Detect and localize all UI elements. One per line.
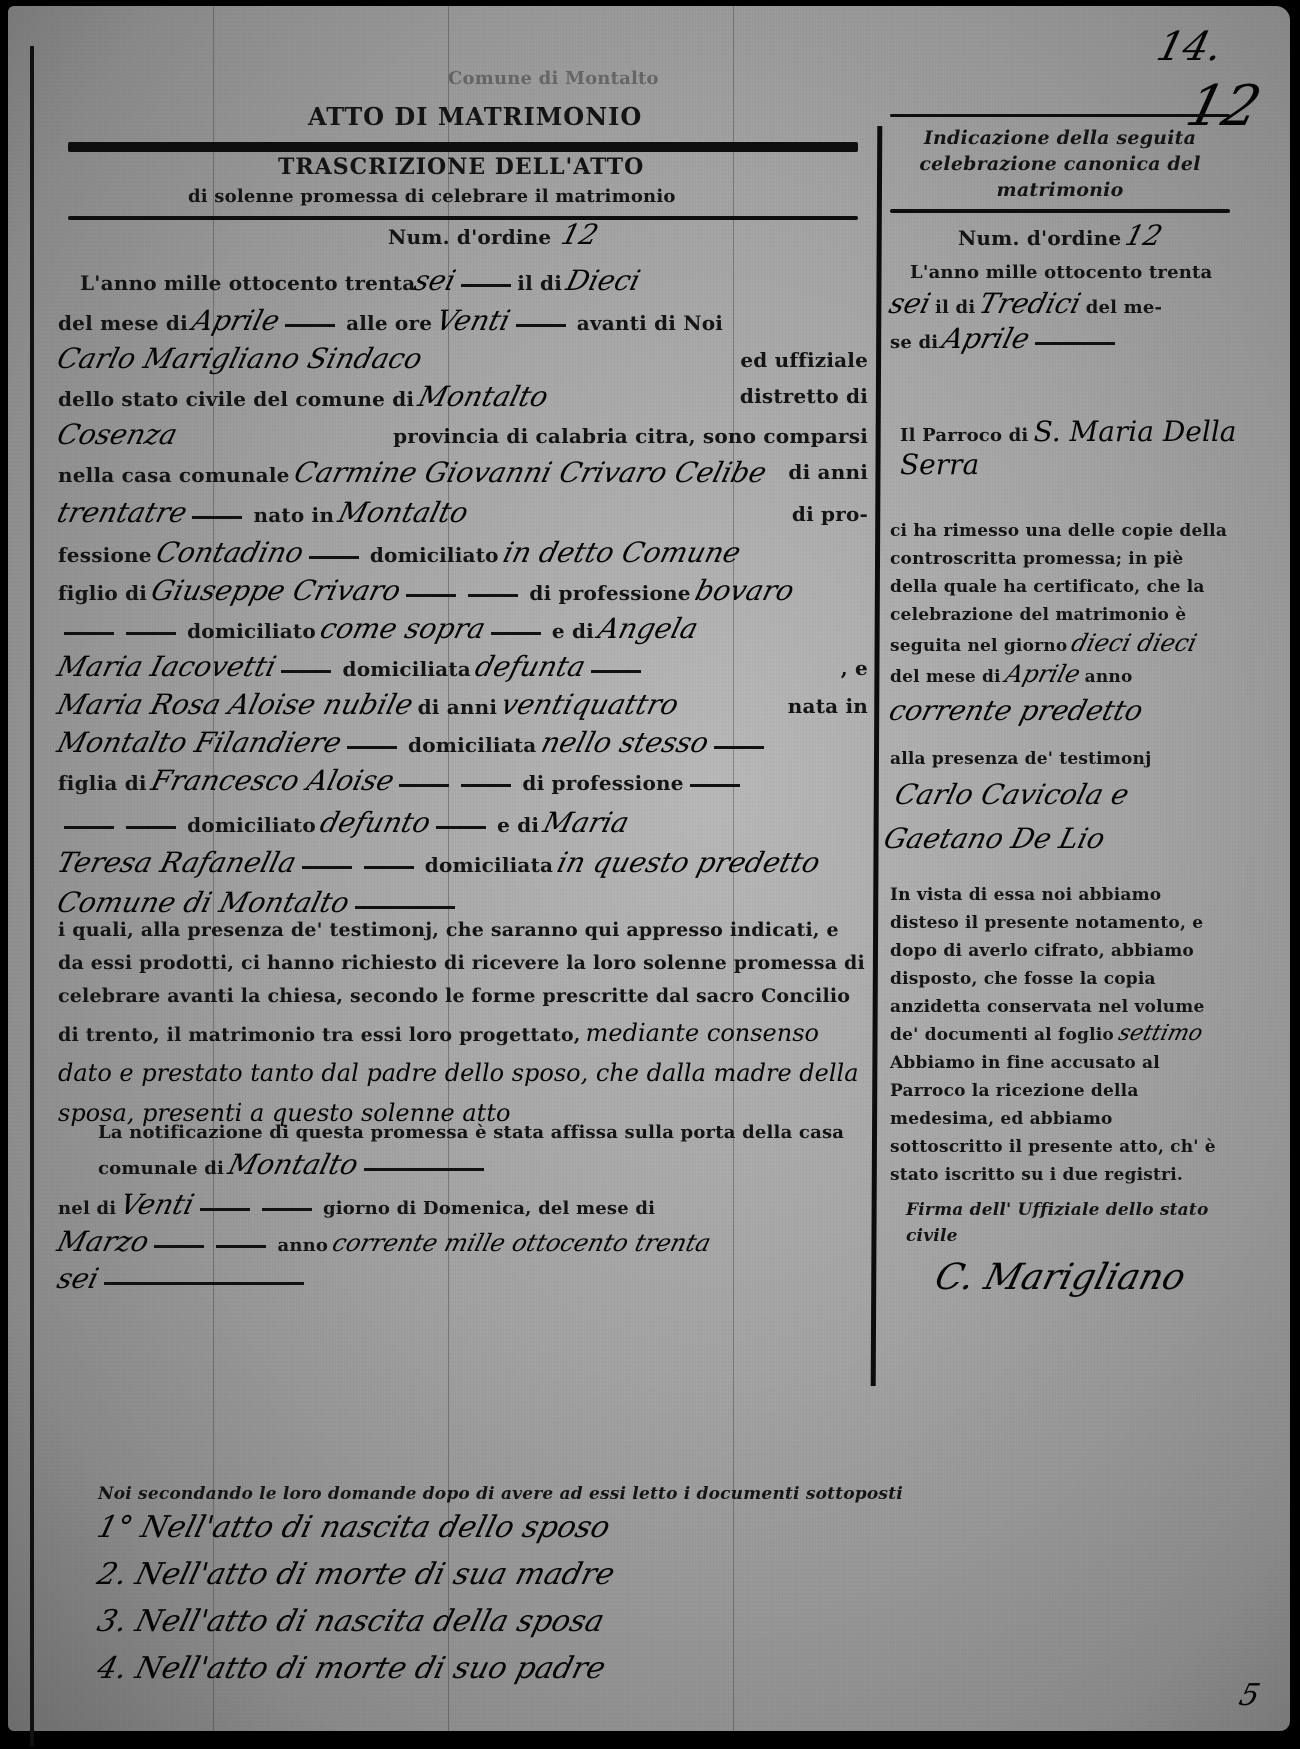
record-line: nella casa comunale Carmine Giovanni Cri… (58, 456, 868, 489)
left-margin-rule (30, 46, 34, 1746)
document-page: 14. 12 Comune di Montalto ATTO DI MATRIM… (8, 6, 1290, 1731)
witness-block: alla presenza de' testimonj Carlo Cavico… (890, 749, 1270, 861)
header-faded-line: Comune di Montalto (448, 68, 659, 89)
certification-text: ci ha rimesso una delle copie della cont… (890, 517, 1230, 727)
right-date-line: sei il di Tredici del me- (890, 287, 1270, 320)
list-item: 4. Nell'atto di morte di suo padre (94, 1651, 1153, 1686)
record-line: dello stato civile del comune di Montalt… (58, 380, 868, 413)
num-ordine-value: 12 (558, 218, 602, 251)
list-item: 2. Nell'atto di morte di sua madre (94, 1557, 1153, 1592)
documents-list: 1° Nell'atto di nascita dello sposo 2. N… (98, 1510, 1148, 1686)
right-num-ordine: Num. d'ordine 12 (890, 219, 1230, 252)
footer: Noi secondando le loro domande dopo di a… (98, 1484, 1148, 1686)
record-line: figlio di Giuseppe Crivaro di profession… (58, 574, 793, 607)
promise-paragraph: i quali, alla presenza de' testimonj, ch… (58, 914, 868, 1133)
record-line: fessione Contadino domiciliato in detto … (58, 536, 740, 569)
signature-block: Firma dell' Uffiziale dello stato civile… (890, 1197, 1226, 1298)
record-line: figlia di Francesco Aloise di profession… (58, 764, 746, 797)
record-line: Maria Rosa Aloise nubile di anni ventiqu… (58, 688, 868, 721)
parroco-line: Il Parroco di S. Maria Della Serra (890, 415, 1270, 481)
record-line: Maria Iacovetti domiciliata defunta , e (58, 650, 868, 683)
record-line: L'anno mille ottocento trentaseiil di Di… (80, 264, 640, 297)
right-column: Indicazione della seguita celebrazione c… (890, 114, 1270, 1298)
right-date-line: L'anno mille ottocento trenta (890, 262, 1270, 283)
document-title: ATTO DI MATRIMONIO (308, 102, 642, 131)
record-line: trentatre nato in Montalto di pro- (58, 496, 868, 529)
record-line: Montalto Filandiere domiciliata nello st… (58, 726, 770, 759)
footer-printed-line: Noi secondando le loro domande dopo di a… (98, 1484, 1148, 1504)
list-item: 1° Nell'atto di nascita dello sposo (94, 1510, 1153, 1545)
record-line: Carlo Marigliano Sindaco ed uffiziale (58, 342, 868, 375)
document-subtitle-2: di solenne promessa di celebrare il matr… (188, 186, 676, 207)
title-strike-rule (68, 142, 858, 152)
right-column-title: Indicazione della seguita celebrazione c… (890, 125, 1230, 203)
official-signature: C. Marigliano (931, 1257, 1231, 1298)
signature-label: Firma dell' Uffiziale dello stato civile (906, 1197, 1226, 1249)
right-title-rule (890, 209, 1230, 213)
document-subtitle: TRASCRIZIONE DELL'ATTO (278, 154, 644, 180)
closing-text: In vista di essa noi abbiamo disteso il … (890, 881, 1230, 1189)
record-line: domiciliato defunto e di Maria (58, 806, 868, 839)
num-ordine: Num. d'ordine 12 (388, 218, 598, 251)
notification-paragraph: La notificazione di questa promessa è st… (58, 1118, 868, 1295)
right-header-rule (890, 114, 1230, 117)
record-line: Cosenza provincia di calabria citra, son… (58, 418, 868, 451)
record-line: Teresa Rafanella domiciliata in questo p… (58, 846, 820, 879)
right-date-line: se di Aprile (890, 322, 1270, 355)
num-ordine-label: Num. d'ordine (388, 225, 551, 249)
list-item: 3. Nell'atto di nascita della sposa (94, 1604, 1153, 1639)
page-number: 14. (1152, 24, 1227, 70)
record-line: del mese di Aprile alle ore Venti avanti… (58, 304, 723, 337)
record-line: domiciliato come sopra e di Angela (58, 612, 868, 645)
